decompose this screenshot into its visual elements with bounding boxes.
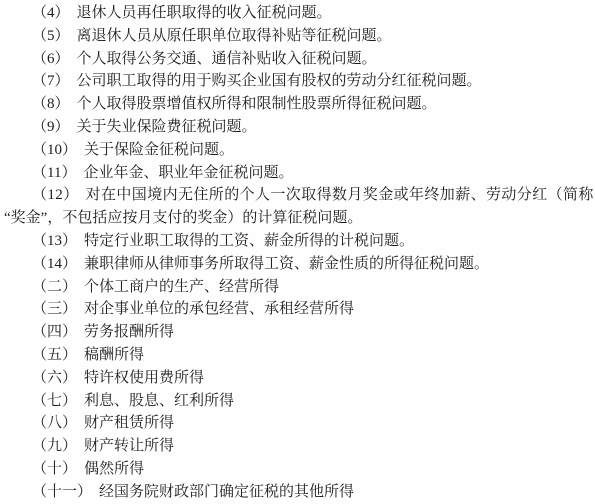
text-line: （6）个人取得公务交通、通信补贴收入征税问题。 — [4, 48, 591, 71]
item-number: （14） — [32, 256, 77, 272]
text-line: （三）对企事业单位的承包经营、承租经营所得 — [4, 298, 591, 321]
item-text: 财产租赁所得 — [84, 415, 174, 431]
item-text: 偶然所得 — [84, 461, 144, 477]
document-page: （4）退休人员再任职取得的收入征税问题。 （5）离退休人员从原任职单位取得补贴等… — [0, 0, 595, 504]
item-text: 个人取得股票增值权所得和限制性股票所得征税问题。 — [77, 96, 437, 112]
item-number: （13） — [32, 233, 77, 249]
item-number: （11） — [32, 165, 76, 181]
text-line: （5）离退休人员从原任职单位取得补贴等征税问题。 — [4, 25, 591, 48]
item-text: 企业年金、职业年金征税问题。 — [83, 165, 293, 181]
item-text: 特许权使用费所得 — [84, 370, 204, 386]
text-line: （12）对在中国境内无住所的个人一次取得数月奖金或年终加薪、劳动分红（简称 — [4, 184, 591, 207]
text-line: （13）特定行业职工取得的工资、薪金所得的计税问题。 — [4, 230, 591, 253]
text-line: （二）个体工商户的生产、经营所得 — [4, 276, 591, 299]
item-number: （九） — [32, 438, 77, 454]
item-number: （6） — [32, 51, 70, 67]
item-number: （10） — [32, 142, 77, 158]
item-number: （二） — [32, 279, 77, 295]
item-number: （四） — [32, 324, 77, 340]
item-text: 对在中国境内无住所的个人一次取得数月奖金或年终加薪、劳动分红（简称 — [86, 187, 594, 203]
item-text: 财产转让所得 — [84, 438, 174, 454]
item-text: 劳务报酬所得 — [84, 324, 174, 340]
item-number: （十一） — [32, 484, 92, 500]
text-line: （六）特许权使用费所得 — [4, 367, 591, 390]
item-number: （十） — [32, 461, 77, 477]
text-line: （十）偶然所得 — [4, 458, 591, 481]
item-text: 关于保险金征税问题。 — [84, 142, 234, 158]
text-line: （九）财产转让所得 — [4, 435, 591, 458]
item-number: （8） — [32, 96, 70, 112]
item-number: （7） — [32, 73, 70, 89]
item-number: （12） — [32, 187, 79, 203]
item-text: 稿酬所得 — [84, 347, 144, 363]
text-line: （9）关于失业保险费征税问题。 — [4, 116, 591, 139]
item-number: （五） — [32, 347, 77, 363]
item-text: 对企事业单位的承包经营、承租经营所得 — [84, 301, 354, 317]
item-number: （9） — [32, 119, 70, 135]
text-line: （7）公司职工取得的用于购买企业国有股权的劳动分红征税问题。 — [4, 70, 591, 93]
item-number: （八） — [32, 415, 77, 431]
item-text: 兼职律师从律师事务所取得工资、薪金性质的所得征税问题。 — [84, 256, 489, 272]
item-number: （六） — [32, 370, 77, 386]
item-number: （4） — [32, 5, 70, 21]
item-text: 公司职工取得的用于购买企业国有股权的劳动分红征税问题。 — [77, 73, 482, 89]
item-text: 个人取得公务交通、通信补贴收入征税问题。 — [77, 51, 377, 67]
text-line: （五）稿酬所得 — [4, 344, 591, 367]
text-line: （四）劳务报酬所得 — [4, 321, 591, 344]
item-text: 利息、股息、红利所得 — [84, 393, 234, 409]
item-text: 特定行业职工取得的工资、薪金所得的计税问题。 — [84, 233, 414, 249]
item-text: 经国务院财政部门确定征税的其他所得 — [99, 484, 354, 500]
item-text: 离退休人员从原任职单位取得补贴等征税问题。 — [77, 28, 392, 44]
item-number: （七） — [32, 393, 77, 409]
text-line: （11）企业年金、职业年金征税问题。 — [4, 162, 591, 185]
text-line: （4）退休人员再任职取得的收入征税问题。 — [4, 2, 591, 25]
text-line: （十一）经国务院财政部门确定征税的其他所得 — [4, 481, 591, 504]
text-line: （八）财产租赁所得 — [4, 412, 591, 435]
text-line-continuation: “奖金”，不包括应按月支付的奖金）的计算征税问题。 — [4, 207, 591, 230]
text-line: （8）个人取得股票增值权所得和限制性股票所得征税问题。 — [4, 93, 591, 116]
text-line: （七）利息、股息、红利所得 — [4, 390, 591, 413]
text-line: （10）关于保险金征税问题。 — [4, 139, 591, 162]
item-text: 退休人员再任职取得的收入征税问题。 — [77, 5, 332, 21]
item-text: “奖金”，不包括应按月支付的奖金）的计算征税问题。 — [4, 210, 362, 226]
item-text: 个体工商户的生产、经营所得 — [84, 279, 279, 295]
text-line: （14）兼职律师从律师事务所取得工资、薪金性质的所得征税问题。 — [4, 253, 591, 276]
item-number: （三） — [32, 301, 77, 317]
item-text: 关于失业保险费征税问题。 — [77, 119, 257, 135]
item-number: （5） — [32, 28, 70, 44]
